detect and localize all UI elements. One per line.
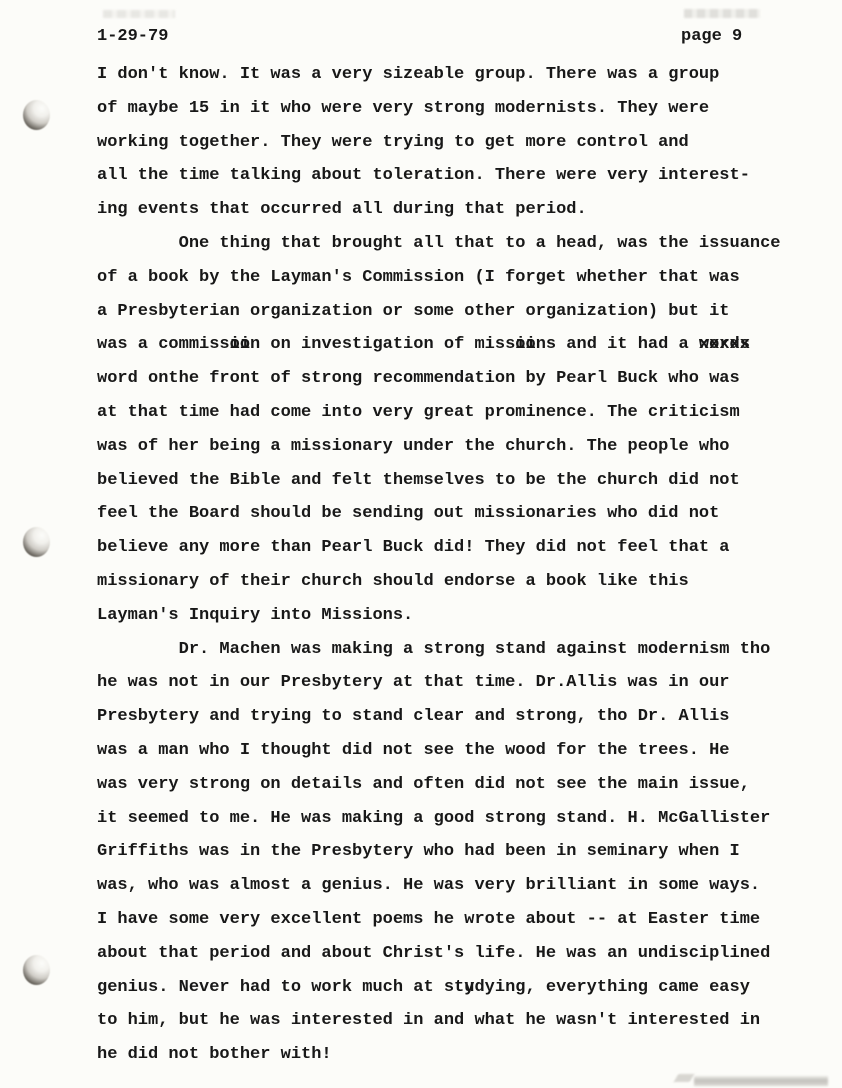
document-body: I don't know. It was a very sizeable gro… <box>97 58 781 1072</box>
text-line: feel the Board should be sending out mis… <box>97 497 781 531</box>
text-line: it seemed to me. He was making a good st… <box>97 802 781 836</box>
overstrike-text: u <box>464 971 474 1005</box>
text-line: was of her being a missionary under the … <box>97 430 781 464</box>
text-line: was a commission on investigation of mis… <box>97 328 781 362</box>
text-segment: ns and it had a <box>536 335 699 354</box>
text-line: was a man who I thought did not see the … <box>97 734 781 768</box>
text-segment: was a commiss <box>97 335 230 354</box>
text-line: word onthe front of strong recommendatio… <box>97 362 781 396</box>
text-line: at that time had come into very great pr… <box>97 396 781 430</box>
punch-hole-icon <box>23 100 50 130</box>
text-line: believe any more than Pearl Buck did! Th… <box>97 531 781 565</box>
page-number: page 9 <box>681 27 742 47</box>
scan-smudge <box>103 10 175 18</box>
text-segment: dying, everything came easy <box>474 978 749 997</box>
text-line: I have some very excellent poems he wrot… <box>97 903 781 937</box>
text-line: all the time talking about toleration. T… <box>97 159 781 193</box>
scanned-typewritten-page: 1-29-79 page 9 I don't know. It was a ve… <box>0 0 842 1088</box>
text-line: Dr. Machen was making a strong stand aga… <box>97 633 781 667</box>
text-line: One thing that brought all that to a hea… <box>97 227 781 261</box>
date-label: 1-29-79 <box>97 27 168 47</box>
punch-hole-icon <box>23 527 50 557</box>
text-line: Presbytery and trying to stand clear and… <box>97 700 781 734</box>
text-line: believed the Bible and felt themselves t… <box>97 464 781 498</box>
text-line: working together. They were trying to ge… <box>97 126 781 160</box>
text-line: missionary of their church should endors… <box>97 565 781 599</box>
overstrike-text: io <box>515 328 535 362</box>
text-line: I don't know. It was a very sizeable gro… <box>97 58 781 92</box>
overstrike-text: io <box>230 328 250 362</box>
text-line: a Presbyterian organization or some othe… <box>97 295 781 329</box>
text-line: ing events that occurred all during that… <box>97 193 781 227</box>
text-line: he was not in our Presbytery at that tim… <box>97 666 781 700</box>
text-line: to him, but he was interested in and wha… <box>97 1004 781 1038</box>
struck-out-word: words <box>699 328 750 362</box>
text-line: was, who was almost a genius. He was ver… <box>97 869 781 903</box>
text-line: he did not bother with! <box>97 1038 781 1072</box>
text-segment: n on investigation of miss <box>250 335 515 354</box>
punch-hole-icon <box>23 955 50 985</box>
text-line: Layman's Inquiry into Missions. <box>97 599 781 633</box>
scan-smudge <box>674 1074 695 1082</box>
text-line: of a book by the Layman's Commission (I … <box>97 261 781 295</box>
text-line: Griffiths was in the Presbytery who had … <box>97 835 781 869</box>
text-segment: genius. Never had to work much at st <box>97 978 464 997</box>
text-line: about that period and about Christ's lif… <box>97 937 781 971</box>
text-line: of maybe 15 in it who were very strong m… <box>97 92 781 126</box>
scan-smudge <box>684 9 760 18</box>
text-line: genius. Never had to work much at studyi… <box>97 971 781 1005</box>
scan-smudge <box>694 1076 828 1086</box>
text-line: was very strong on details and often did… <box>97 768 781 802</box>
